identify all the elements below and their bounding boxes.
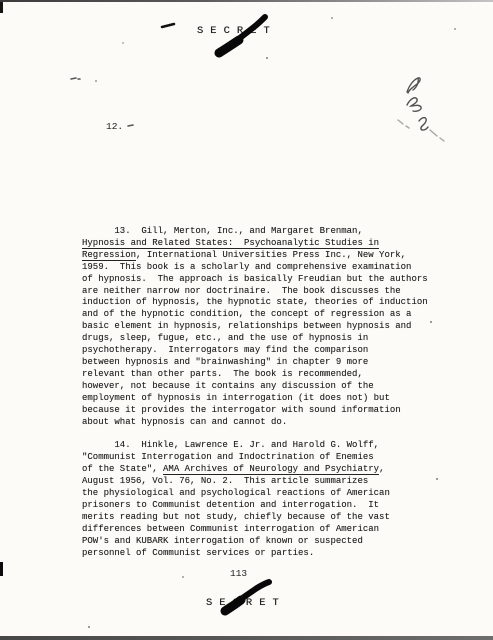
body-text: employment of hypnosis in interrogation … bbox=[82, 393, 390, 403]
body-text: relevant than other parts. The book is r… bbox=[82, 369, 363, 379]
body-text: 13. Gill, Merton, Inc., and Margaret Bre… bbox=[82, 226, 363, 236]
body-text: basic element in hypnosis, relationships… bbox=[82, 321, 411, 331]
body-text: however, not because it contains any dis… bbox=[82, 381, 374, 391]
bib-line: POW's and KUBARK interrogation of known … bbox=[82, 536, 428, 548]
body-text: 14. Hinkle, Lawrence E. Jr. and Harold G… bbox=[82, 440, 379, 450]
bib-line: 1959. This book is a scholarly and compr… bbox=[82, 262, 428, 274]
bib-line: basic element in hypnosis, relationships… bbox=[82, 321, 428, 333]
underlined-title-text: Regression bbox=[82, 250, 136, 261]
bib-entry-13: 13. Gill, Merton, Inc., and Margaret Bre… bbox=[82, 226, 428, 428]
bib-line: of the State", AMA Archives of Neurology… bbox=[82, 464, 428, 476]
body-text: 1959. This book is a scholarly and compr… bbox=[82, 262, 411, 272]
bib-line: "Communist Interrogation and Indoctrinat… bbox=[82, 452, 428, 464]
bib-line: employment of hypnosis in interrogation … bbox=[82, 393, 428, 405]
bib-line: differences between Communist interrogat… bbox=[82, 524, 428, 536]
body-text: the physiological and psychological reac… bbox=[82, 488, 390, 498]
body-text: and of the hypnotic condition, the conce… bbox=[82, 309, 411, 319]
bib-line: prisoners to Communist detention and int… bbox=[82, 500, 428, 512]
bib-line: relevant than other parts. The book is r… bbox=[82, 369, 428, 381]
scan-artifact-left-edge bbox=[0, 562, 3, 576]
bib-line: 13. Gill, Merton, Inc., and Margaret Bre… bbox=[82, 226, 428, 238]
bib-line: about what hypnosis can and cannot do. bbox=[82, 417, 428, 429]
underlined-title-text: AMA Archives of Neurology and Psychiatry bbox=[163, 464, 379, 475]
body-text: August 1956, Vol. 76, No. 2. This articl… bbox=[82, 476, 368, 486]
bib-line: Hypnosis and Related States: Psychoanaly… bbox=[82, 238, 428, 250]
stray-dash-mark bbox=[162, 24, 174, 27]
body-text: POW's and KUBARK interrogation of known … bbox=[82, 536, 363, 546]
body-text: of the State", bbox=[82, 464, 163, 474]
bib-line: personnel of Communist services or parti… bbox=[82, 548, 428, 560]
bib-line: however, not because it contains any dis… bbox=[82, 381, 428, 393]
handwritten-scribble bbox=[398, 78, 444, 141]
stray-pencil-marks bbox=[71, 78, 133, 126]
body-text: induction of hypnosis, the hypnotic stat… bbox=[82, 297, 428, 307]
body-text: drugs, sleep, fugue, etc., and the use o… bbox=[82, 333, 368, 343]
scan-artifact-top-edge bbox=[0, 0, 493, 2]
body-text: about what hypnosis can and cannot do. bbox=[82, 417, 287, 427]
header-classification-stamp: SECRET bbox=[197, 24, 277, 38]
scanned-document-page: SECRET 12. 13. Gill, Merton, Inc., and M… bbox=[0, 0, 493, 640]
body-text: merits reading but not study, chiefly be… bbox=[82, 512, 390, 522]
bib-line: psychotherapy. Interrogators may find th… bbox=[82, 345, 428, 357]
bib-line: 14. Hinkle, Lawrence E. Jr. and Harold G… bbox=[82, 440, 428, 452]
underlined-title-text: Hypnosis and Related States: Psychoanaly… bbox=[82, 238, 379, 249]
bib-entry-14: 14. Hinkle, Lawrence E. Jr. and Harold G… bbox=[82, 440, 428, 559]
bib-line: Regression, International Universities P… bbox=[82, 250, 428, 262]
body-text: , bbox=[379, 464, 384, 474]
bib-line: between hypnosis and "brainwashing" in c… bbox=[82, 357, 428, 369]
bib-line: because it provides the interrogator wit… bbox=[82, 405, 428, 417]
bibliography: 13. Gill, Merton, Inc., and Margaret Bre… bbox=[82, 226, 428, 559]
body-text: "Communist Interrogation and Indoctrinat… bbox=[82, 452, 374, 462]
body-text: psychotherapy. Interrogators may find th… bbox=[82, 345, 368, 355]
bib-line: induction of hypnosis, the hypnotic stat… bbox=[82, 297, 428, 309]
body-text: because it provides the interrogator wit… bbox=[82, 405, 401, 415]
bib-line: of hypnosis. The approach is basically F… bbox=[82, 274, 428, 286]
bib-line: are neither narrow nor doctrinaire. The … bbox=[82, 286, 428, 298]
stray-item-number: 12. bbox=[106, 121, 123, 132]
bib-line: drugs, sleep, fugue, etc., and the use o… bbox=[82, 333, 428, 345]
footer-classification-stamp: SECRET bbox=[206, 596, 286, 610]
bib-line: merits reading but not study, chiefly be… bbox=[82, 512, 428, 524]
page-number: 113 bbox=[230, 568, 247, 579]
scan-artifact-bottom-edge bbox=[0, 636, 493, 640]
bib-line: August 1956, Vol. 76, No. 2. This articl… bbox=[82, 476, 428, 488]
bib-line: the physiological and psychological reac… bbox=[82, 488, 428, 500]
body-text: prisoners to Communist detention and int… bbox=[82, 500, 379, 510]
body-text: differences between Communist interrogat… bbox=[82, 524, 379, 534]
body-text: , International Universities Press Inc.,… bbox=[136, 250, 406, 260]
body-text: are neither narrow nor doctrinaire. The … bbox=[82, 286, 401, 296]
scan-artifact-top-left bbox=[0, 2, 3, 13]
body-text: between hypnosis and "brainwashing" in c… bbox=[82, 357, 368, 367]
body-text: of hypnosis. The approach is basically F… bbox=[82, 274, 428, 284]
body-text: personnel of Communist services or parti… bbox=[82, 548, 314, 558]
bib-line: and of the hypnotic condition, the conce… bbox=[82, 309, 428, 321]
